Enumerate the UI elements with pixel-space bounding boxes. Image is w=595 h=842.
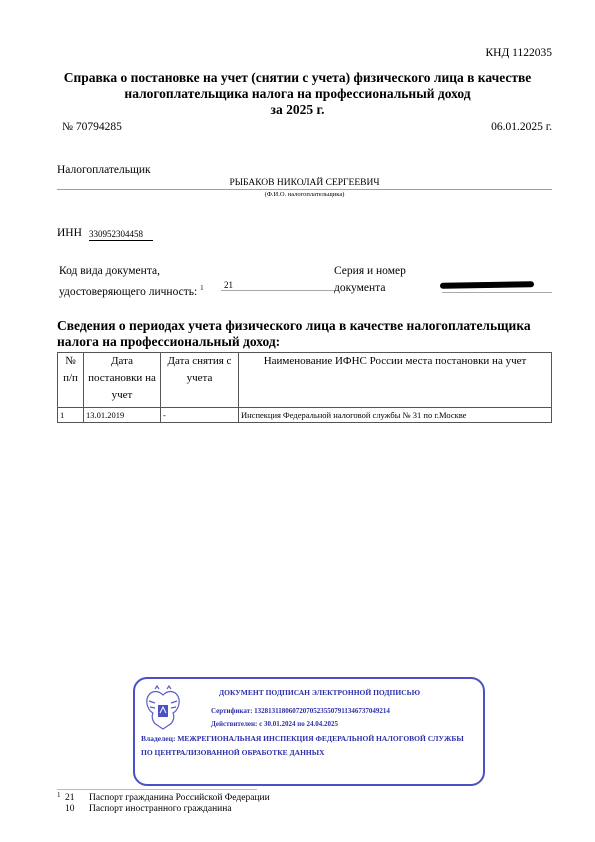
inn-value: 330952304458: [89, 229, 153, 241]
stamp-owner: Владелец: МЕЖРЕГИОНАЛЬНАЯ ИНСПЕКЦИЯ ФЕДЕ…: [141, 732, 471, 760]
knd-code: КНД 1122035: [485, 47, 552, 59]
footnote-ref: 1: [200, 284, 204, 292]
cell-number: 1: [58, 408, 84, 423]
cell-tax-office: Инспекция Федеральной налоговой службы №…: [239, 408, 552, 423]
table-row: 1 13.01.2019 - Инспекция Федеральной нал…: [58, 408, 552, 423]
stamp-validity: Действителен: с 30.01.2024 по 24.04.2025: [211, 720, 338, 728]
periods-table-header: № п/п Дата постановки на учет Дата сняти…: [58, 353, 552, 408]
footnote-item: 10 Паспорт иностранного гражданина: [57, 804, 270, 815]
document-number: № 70794285: [62, 121, 122, 133]
document-code-label-line-2: удостоверяющего личность:: [59, 286, 197, 298]
taxpayer-name: РЫБАКОВ НИКОЛАЙ СЕРГЕЕВИЧ: [57, 177, 552, 190]
document-series-label-line-1: Серия и номер: [334, 263, 406, 280]
coat-of-arms-icon: [143, 685, 183, 731]
footnote-text: Паспорт иностранного гражданина: [89, 804, 232, 815]
electronic-signature-stamp: ДОКУМЕНТ ПОДПИСАН ЭЛЕКТРОННОЙ ПОДПИСЬЮ С…: [133, 677, 485, 786]
footnote-marker: 1: [57, 790, 61, 801]
column-header-registration-date: Дата постановки на учет: [84, 353, 161, 408]
footnote-code: 10: [57, 804, 89, 815]
title-line-1: Справка о постановке на учет (снятии с у…: [40, 70, 555, 86]
document-series-label: Серия и номер документа: [334, 263, 406, 297]
footnote-text: Паспорт гражданина Российской Федерации: [89, 793, 270, 804]
inn-label: ИНН: [57, 227, 82, 239]
taxpayer-label: Налогоплательщик: [57, 164, 151, 176]
periods-table: № п/п Дата постановки на учет Дата сняти…: [57, 352, 552, 423]
footnotes: 1 21 Паспорт гражданина Российской Федер…: [57, 793, 270, 815]
document-code-label-line-1: Код вида документа,: [59, 263, 204, 280]
cell-registration-date: 13.01.2019: [84, 408, 161, 423]
document-code-label: Код вида документа, удостоверяющего личн…: [59, 263, 204, 301]
document-series-label-line-2: документа: [334, 280, 406, 297]
footnote-code: 21: [57, 793, 89, 804]
periods-section-title: Сведения о периодах учета физического ли…: [57, 318, 557, 350]
stamp-certificate: Сертификат: 1328131180607207052355079113…: [211, 707, 390, 715]
footnote-divider: [57, 789, 257, 790]
title-line-3: за 2025 г.: [40, 102, 555, 118]
document-title: Справка о постановке на учет (снятии с у…: [40, 70, 555, 118]
column-header-number: № п/п: [58, 353, 84, 408]
column-header-deregistration-date: Дата снятия с учета: [161, 353, 239, 408]
column-header-tax-office: Наименование ИФНС России места постановк…: [239, 353, 552, 408]
document-code-value: 21: [221, 280, 334, 291]
cell-deregistration-date: -: [161, 408, 239, 423]
document-date: 06.01.2025 г.: [491, 121, 552, 133]
taxpayer-name-caption: (Ф.И.О. налогоплательщика): [57, 191, 552, 198]
footnote-item: 1 21 Паспорт гражданина Российской Федер…: [57, 793, 270, 804]
stamp-heading: ДОКУМЕНТ ПОДПИСАН ЭЛЕКТРОННОЙ ПОДПИСЬЮ: [219, 688, 420, 697]
title-line-2: налогоплательщика налога на профессионал…: [40, 86, 555, 102]
